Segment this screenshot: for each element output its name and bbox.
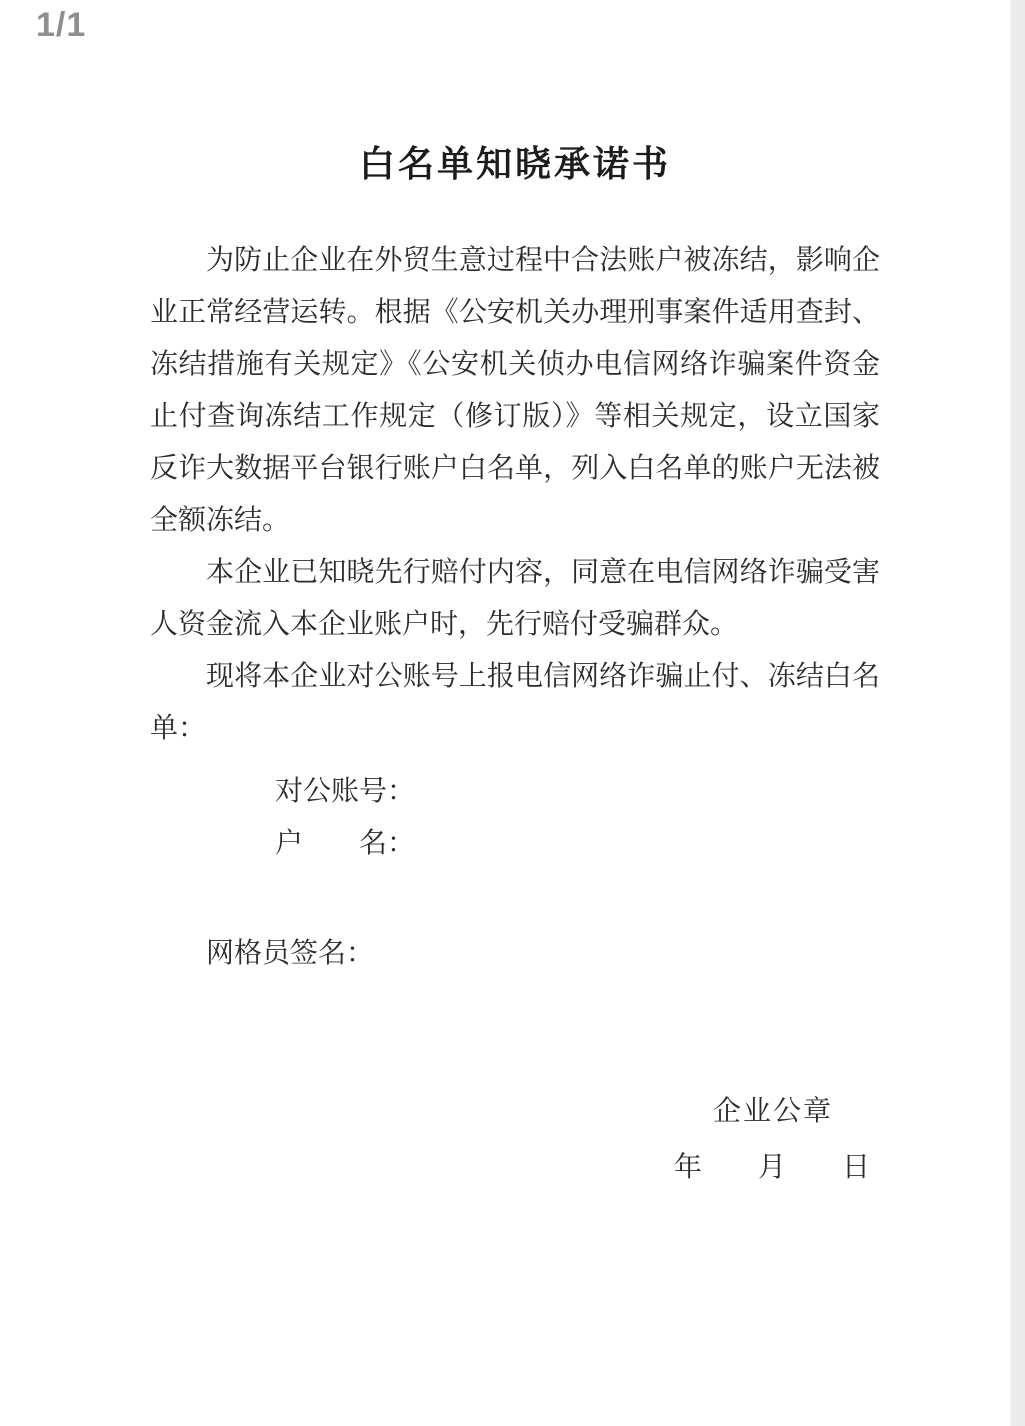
paragraph-commitment: 本企业已知晓先行赔付内容，同意在电信网络诈骗受害人资金流入本企业账户时，先行赔付… <box>150 547 880 651</box>
document-viewer: 1/1 白名单知晓承诺书 为防止企业在外贸生意过程中合法账户被冻结，影响企业正常… <box>0 0 1025 1426</box>
corporate-account-field-label: 对公账号： <box>275 766 880 818</box>
company-seal-label: 企业公章 <box>713 1094 833 1130</box>
grid-officer-signature-label: 网格员签名： <box>150 928 880 980</box>
account-fields: 对公账号： 户 名： <box>275 766 880 870</box>
page-indicator: 1/1 <box>36 6 86 45</box>
date-line: 年 月 日 <box>674 1150 870 1186</box>
paragraph-report: 现将本企业对公账号上报电信网络诈骗止付、冻结白名单： <box>150 651 880 755</box>
account-name-field-label: 户 名： <box>275 818 880 870</box>
document-page: 白名单知晓承诺书 为防止企业在外贸生意过程中合法账户被冻结，影响企业正常经营运转… <box>150 140 880 980</box>
paragraph-intro: 为防止企业在外贸生意过程中合法账户被冻结，影响企业正常经营运转。根据《公安机关办… <box>150 235 880 547</box>
document-title: 白名单知晓承诺书 <box>150 140 880 188</box>
page-edge-strip <box>1010 0 1025 1426</box>
